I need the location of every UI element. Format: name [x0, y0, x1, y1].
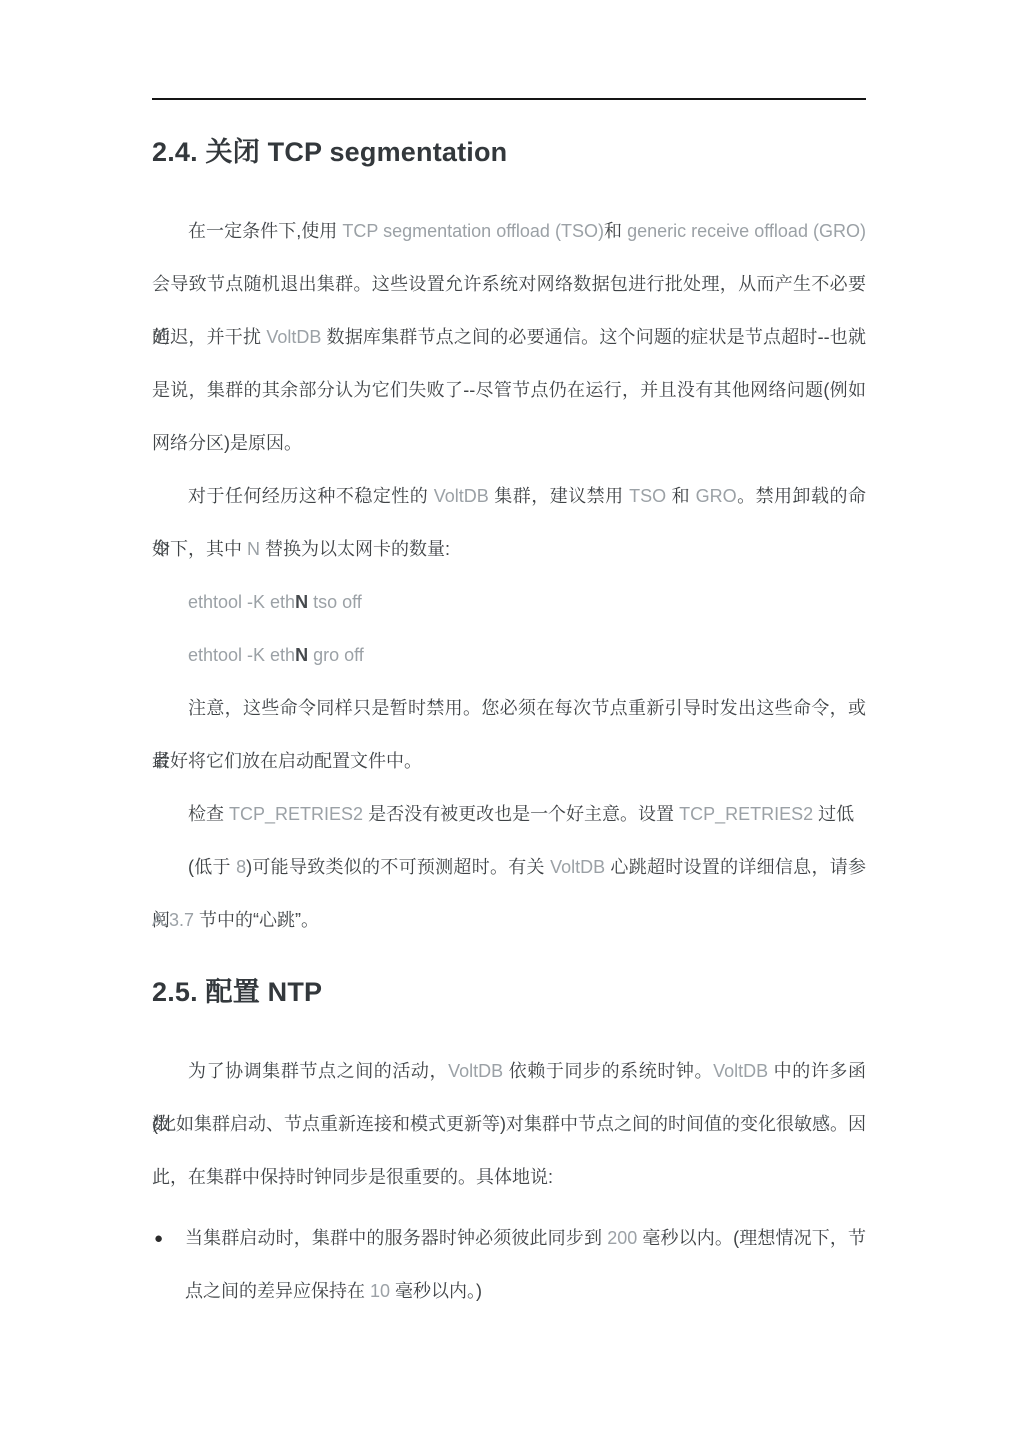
text-segment: 毫秒以内。) [390, 1281, 482, 1301]
text-segment: gro off [308, 645, 364, 665]
code-ethtool-line-1: ethtool -K ethN tso off [152, 576, 866, 629]
text-segment: (低于 [188, 857, 236, 877]
para-ntp-intro-line-2: (比如集群启动、节点重新连接和模式更新等)对集群中节点之间的时间值的变化很敏感。… [152, 1098, 866, 1151]
text-segment: 节中的“心跳”。 [194, 910, 319, 930]
para-tso-intro-line-1: 在一定条件下,使用 TCP segmentation offload (TSO)… [152, 205, 866, 258]
text-segment: N [295, 645, 308, 665]
document-page: 2.4. 关闭 TCP segmentation在一定条件下,使用 TCP se… [0, 0, 1019, 1440]
text-segment: VoltDB [448, 1061, 503, 1081]
text-segment: tso off [308, 592, 362, 612]
para-tcp-retries-line-1: 检查 TCP_RETRIES2 是否没有被更改也是一个好主意。设置 TCP_RE… [152, 788, 866, 841]
top-rule [152, 98, 866, 100]
text-segment: 10 [370, 1281, 390, 1301]
text-segment: 网络分区)是原因。 [152, 433, 302, 453]
text-segment: 替换为以太网卡的数量: [260, 539, 450, 559]
text-segment: ethtool -K eth [188, 645, 295, 665]
text-segment: 数据库集群节点之间的必要通信。这个问题的症状是节点超时--也就 [321, 327, 866, 347]
para-temporary-note-line-2: 最好将它们放在启动配置文件中。 [152, 735, 866, 788]
text-segment: 毫秒以内。(理想情况下，节 [637, 1228, 866, 1248]
text-segment: 点之间的差异应保持在 [185, 1281, 370, 1301]
text-segment: 检查 [188, 804, 229, 824]
text-segment: 最好将它们放在启动配置文件中。 [152, 751, 422, 771]
text-segment: VoltDB [266, 327, 321, 347]
text-segment: 是否没有被更改也是一个好主意。设置 [363, 804, 679, 824]
para-tso-intro-line-2: 会导致节点随机退出集群。这些设置允许系统对网络数据包进行批处理，从而产生不必要的 [152, 258, 866, 311]
text-segment: TCP_RETRIES2 [679, 804, 813, 824]
heading-2-5: 2.5. 配置 NTP [152, 976, 866, 1008]
text-segment: 过低 [813, 804, 854, 824]
page-content: 2.4. 关闭 TCP segmentation在一定条件下,使用 TCP se… [152, 0, 866, 1318]
text-segment: N [295, 592, 308, 612]
text-segment: 集群，建议禁用 [489, 486, 629, 506]
para-tcp-retries-line-2: (低于 8)可能导致类似的不可预测超时。有关 VoltDB 心跳超时设置的详细信… [152, 841, 866, 894]
heading-2-4: 2.4. 关闭 TCP segmentation [152, 136, 866, 168]
para-tso-intro-line-3: 延迟，并干扰 VoltDB 数据库集群节点之间的必要通信。这个问题的症状是节点超… [152, 311, 866, 364]
para-disable-offload-line-1: 对于任何经历这种不稳定性的 VoltDB 集群，建议禁用 TSO 和 GRO。禁… [152, 470, 866, 523]
text-segment: VoltDB [434, 486, 489, 506]
bullet-marker-icon: ● [154, 1212, 163, 1265]
bullet-clock-sync: ●当集群启动时，集群中的服务器时钟必须彼此同步到 200 毫秒以内。(理想情况下… [152, 1212, 866, 1318]
text-segment: 依赖于同步的系统时钟。 [503, 1061, 713, 1081]
text-segment: 200 [607, 1228, 637, 1248]
code-ethtool-line-2: ethtool -K ethN gro off [152, 629, 866, 682]
text-segment: TCP segmentation offload (TSO) [342, 221, 604, 241]
text-segment: TCP_RETRIES2 [229, 804, 363, 824]
text-segment: 如下，其中 [152, 539, 247, 559]
para-ntp-intro: 为了协调集群节点之间的活动，VoltDB 依赖于同步的系统时钟。VoltDB 中… [152, 1045, 866, 1204]
text-segment: A.3.7 [152, 910, 194, 930]
text-segment: 和 [666, 486, 695, 506]
text-segment: (比如集群启动、节点重新连接和模式更新等)对集群中节点之间的时间值的变化很敏感。… [152, 1114, 866, 1134]
bullet-clock-sync-line-2: 点之间的差异应保持在 10 毫秒以内。) [185, 1265, 866, 1318]
text-segment: 8 [236, 857, 246, 877]
text-segment: TSO [629, 486, 666, 506]
para-tcp-retries: 检查 TCP_RETRIES2 是否没有被更改也是一个好主意。设置 TCP_RE… [152, 788, 866, 947]
text-segment: VoltDB [713, 1061, 768, 1081]
code-ethtool: ethtool -K ethN tso offethtool -K ethN g… [152, 576, 866, 682]
text-segment: N [247, 539, 260, 559]
para-tso-intro-line-5: 网络分区)是原因。 [152, 417, 866, 470]
text-segment: 在一定条件下,使用 [188, 221, 342, 241]
text-segment: 当集群启动时，集群中的服务器时钟必须彼此同步到 [185, 1228, 607, 1248]
text-segment: 和 [604, 221, 627, 241]
para-tso-intro-line-4: 是说，集群的其余部分认为它们失败了--尽管节点仍在运行，并且没有其他网络问题(例… [152, 364, 866, 417]
para-ntp-intro-line-3: 此，在集群中保持时钟同步是很重要的。具体地说: [152, 1151, 866, 1204]
text-segment: 为了协调集群节点之间的活动， [188, 1061, 448, 1081]
text-segment: 是说，集群的其余部分认为它们失败了--尽管节点仍在运行，并且没有其他网络问题(例… [152, 380, 866, 400]
para-disable-offload-line-2: 如下，其中 N 替换为以太网卡的数量: [152, 523, 866, 576]
text-segment: 此，在集群中保持时钟同步是很重要的。具体地说: [152, 1167, 553, 1187]
text-segment: )可能导致类似的不可预测超时。有关 [246, 857, 550, 877]
text-segment: generic receive offload (GRO) [627, 221, 866, 241]
text-segment: 对于任何经历这种不稳定性的 [188, 486, 434, 506]
bullet-clock-sync-line-1: 当集群启动时，集群中的服务器时钟必须彼此同步到 200 毫秒以内。(理想情况下，… [185, 1212, 866, 1265]
text-segment: GRO [696, 486, 737, 506]
para-temporary-note-line-1: 注意，这些命令同样只是暂时禁用。您必须在每次节点重新引导时发出这些命令，或者 [152, 682, 866, 735]
para-ntp-intro-line-1: 为了协调集群节点之间的活动，VoltDB 依赖于同步的系统时钟。VoltDB 中… [152, 1045, 866, 1098]
text-segment: ethtool -K eth [188, 592, 295, 612]
para-temporary-note: 注意，这些命令同样只是暂时禁用。您必须在每次节点重新引导时发出这些命令，或者最好… [152, 682, 866, 788]
text-segment: VoltDB [550, 857, 605, 877]
para-tcp-retries-line-3: A.3.7 节中的“心跳”。 [152, 894, 866, 947]
para-tso-intro: 在一定条件下,使用 TCP segmentation offload (TSO)… [152, 205, 866, 470]
para-disable-offload: 对于任何经历这种不稳定性的 VoltDB 集群，建议禁用 TSO 和 GRO。禁… [152, 470, 866, 576]
text-segment: 延迟，并干扰 [152, 327, 266, 347]
